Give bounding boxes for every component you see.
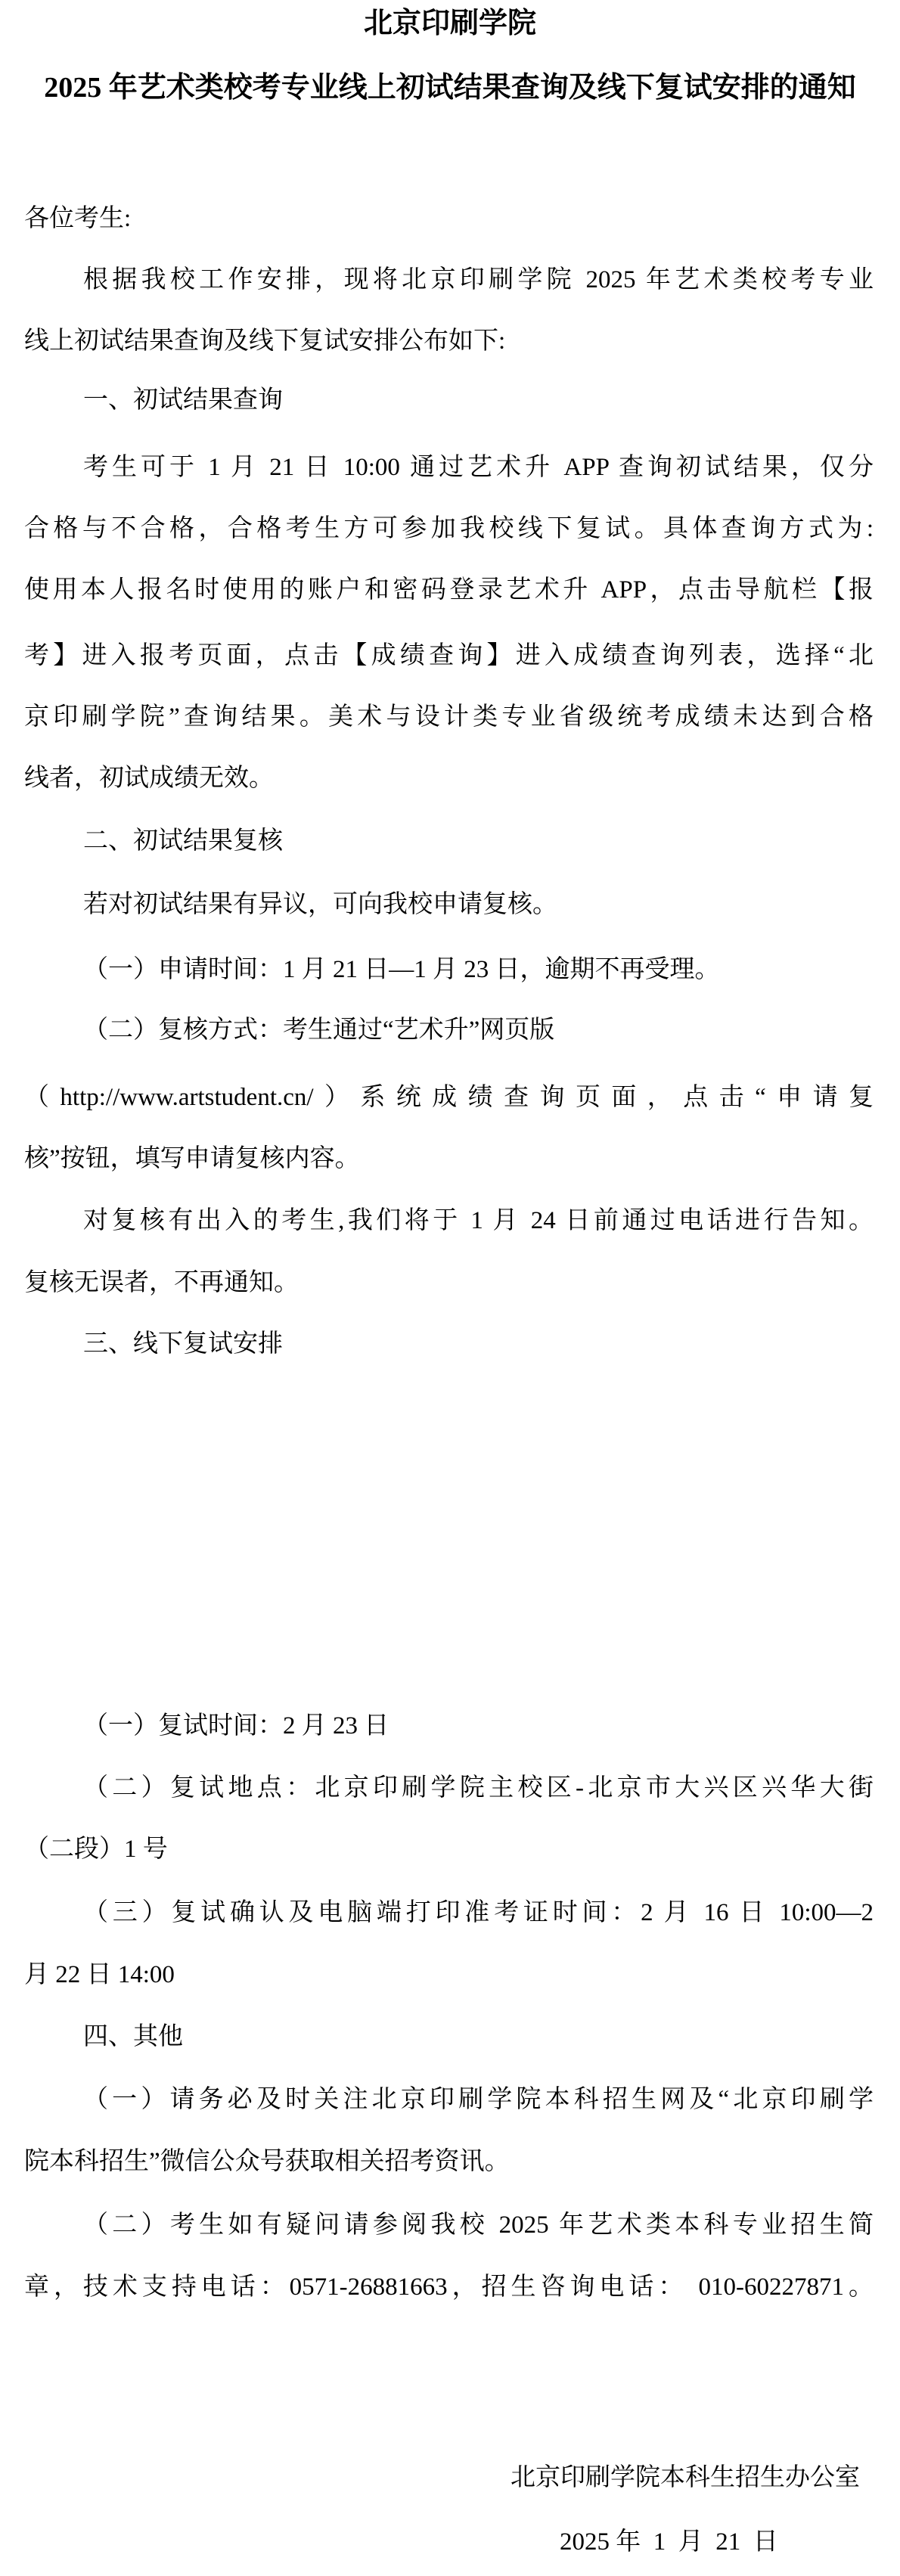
s2-item-1: （一）申请时间：1 月 21 日—1 月 23 日，逾期不再受理。	[83, 953, 874, 986]
intro-line-2: 线上初试结果查询及线下复试安排公布如下:	[24, 324, 874, 358]
intro-line-1: 根据我校工作安排，现将北京印刷学院 2025 年艺术类校考专业	[83, 263, 874, 296]
doc-title: 北京印刷学院	[0, 5, 900, 42]
s3-item-3-line-2: 月 22 日 14:00	[24, 1958, 874, 1991]
signature: 北京印刷学院本科生招生办公室	[24, 2461, 860, 2494]
s3-item-1: （一）复试时间：2 月 23 日	[83, 1709, 874, 1743]
s2-item-2-line-1: （二）复核方式：考生通过“艺术升”网页版	[83, 1013, 874, 1047]
doc-subtitle: 2025 年艺术类校考专业线上初试结果查询及线下复试安排的通知	[0, 69, 900, 107]
s1-para-line-5: 京印刷学院”查询结果。美术与设计类专业省级统考成绩未达到合格	[24, 700, 874, 734]
notice-document: 北京印刷学院 2025 年艺术类校考专业线上初试结果查询及线下复试安排的通知 各…	[0, 0, 900, 2576]
s2-para-line-2: 对复核有出入的考生,我们将于 1 月 24 日前通过电话进行告知。	[83, 1204, 874, 1237]
s1-para-line-1: 考生可于 1 月 21 日 10:00 通过艺术升 APP 查询初试结果，仅分	[83, 451, 874, 484]
s4-item-2-line-1: （二）考生如有疑问请参阅我校 2025 年艺术类本科专业招生简	[83, 2208, 874, 2242]
s2-item-2-line-2: （http://www.artstudent.cn/）系统成绩查询页面，点击“申…	[24, 1081, 874, 1114]
heading-section-4: 四、其他	[83, 2020, 874, 2053]
s4-item-1-line-2: 院本科招生”微信公众号获取相关招考资讯。	[24, 2145, 874, 2178]
s4-item-1-line-1: （一）请务必及时关注北京印刷学院本科招生网及“北京印刷学	[83, 2083, 874, 2116]
s2-para-line-3: 复核无误者，不再通知。	[24, 1266, 874, 1299]
s1-para-line-6: 线者，初试成绩无效。	[24, 762, 874, 795]
heading-section-2: 二、初试结果复核	[83, 824, 874, 858]
s1-para-line-3: 使用本人报名时使用的账户和密码登录艺术升 APP，点击导航栏【报	[24, 573, 874, 607]
s1-para-line-2: 合格与不合格，合格考生方可参加我校线下复试。具体查询方式为:	[24, 512, 874, 545]
heading-section-1: 一、初试结果查询	[83, 383, 874, 417]
greeting: 各位考生:	[24, 202, 874, 235]
s3-item-2-line-1: （二）复试地点：北京印刷学院主校区-北京市大兴区兴华大街	[83, 1771, 874, 1805]
s2-para-line-1: 若对初试结果有异议，可向我校申请复核。	[83, 888, 874, 921]
signature-date: 2025 年 1 月 21 日	[560, 2525, 778, 2559]
s2-item-2-line-3: 核”按钮，填写申请复核内容。	[24, 1142, 874, 1175]
heading-section-3: 三、线下复试安排	[83, 1327, 874, 1361]
s4-item-2-line-2: 章，技术支持电话：0571-26881663，招生咨询电话： 010-60227…	[24, 2270, 874, 2304]
s3-item-3-line-1: （三）复试确认及电脑端打印准考证时间：2 月 16 日 10:00—2	[83, 1896, 874, 1929]
s1-para-line-4: 考】进入报考页面，点击【成绩查询】进入成绩查询列表，选择“北	[24, 639, 874, 672]
s3-item-2-line-2: （二段）1 号	[24, 1833, 874, 1866]
